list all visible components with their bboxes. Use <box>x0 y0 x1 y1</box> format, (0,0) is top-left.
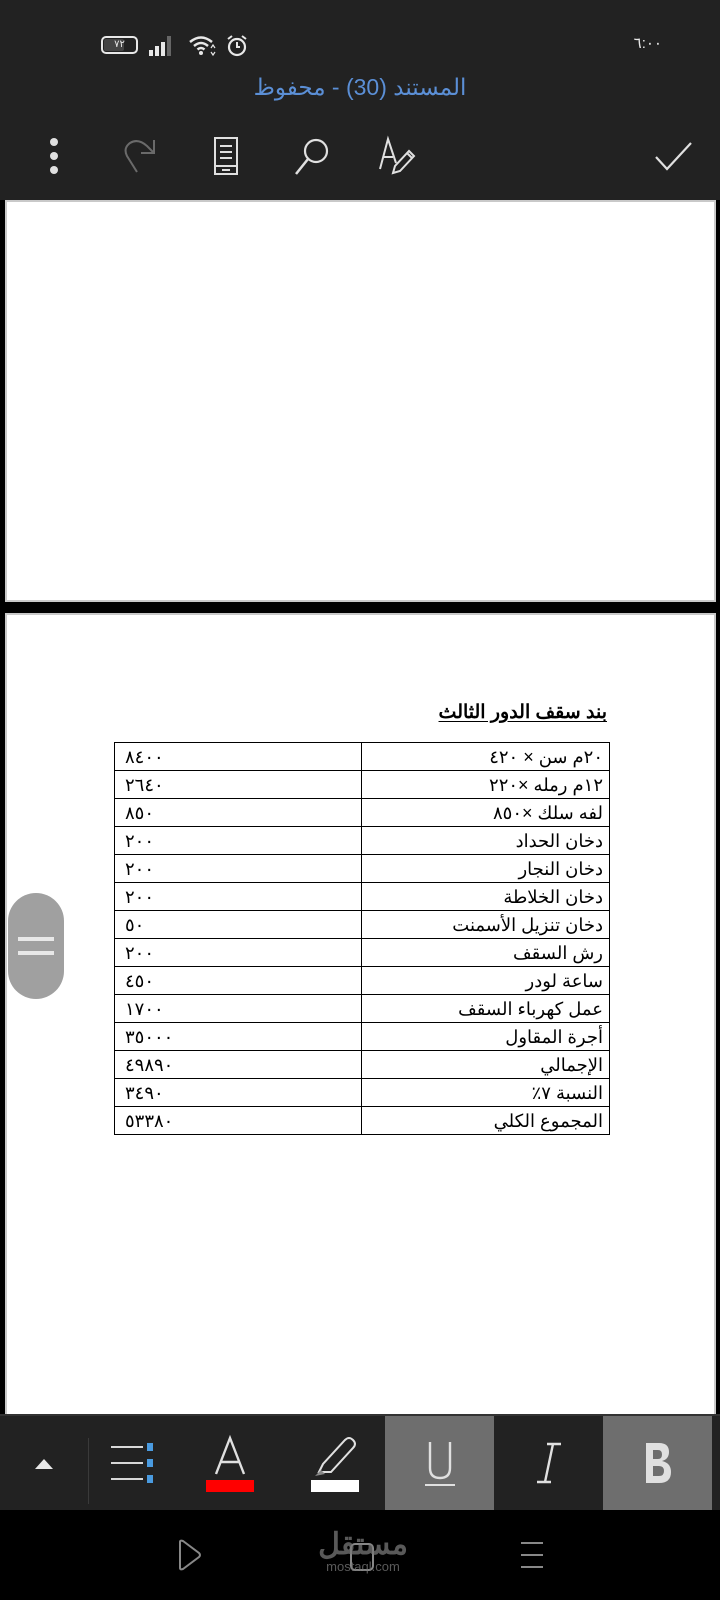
document-page-1[interactable] <box>5 200 716 602</box>
battery-icon: ٧٢ <box>101 36 138 54</box>
mobile-view-button[interactable] <box>198 126 254 186</box>
table-row: دخان النجار٢٠٠ <box>115 855 610 883</box>
item-cell[interactable]: دخان الخلاطة <box>362 883 610 911</box>
font-color-button[interactable] <box>175 1416 285 1510</box>
table-row: دخان الخلاطة٢٠٠ <box>115 883 610 911</box>
amount-cell[interactable]: ٥٠ <box>115 911 362 939</box>
table-row: أجرة المقاول٣٥٠٠٠ <box>115 1023 610 1051</box>
document-canvas[interactable]: بند سقف الدور الثالث ٢٠م سن × ٤٢٠٨٤٠٠١٢م… <box>0 200 720 1414</box>
table-row: لفه سلك ×٨٥٠٨٥٠ <box>115 799 610 827</box>
text-edit-icon <box>378 135 418 177</box>
italic-icon <box>534 1440 564 1486</box>
amount-cell[interactable]: ٤٥٠ <box>115 967 362 995</box>
table-row: دخان تنزيل الأسمنت٥٠ <box>115 911 610 939</box>
amount-cell[interactable]: ٨٤٠٠ <box>115 743 362 771</box>
more-options-button[interactable] <box>26 126 82 186</box>
document-title: المستند (30) - محفوظ <box>0 74 720 101</box>
table-row: رش السقف٢٠٠ <box>115 939 610 967</box>
amount-cell[interactable]: ٤٩٨٩٠ <box>115 1051 362 1079</box>
amount-cell[interactable]: ٢٦٤٠ <box>115 771 362 799</box>
alarm-icon <box>226 34 248 58</box>
table-row: المجموع الكلي٥٣٣٨٠ <box>115 1107 610 1135</box>
expand-ribbon-button[interactable] <box>0 1416 88 1510</box>
cost-table: ٢٠م سن × ٤٢٠٨٤٠٠١٢م رمله ×٢٢٠٢٦٤٠لفه سلك… <box>114 742 610 1135</box>
table-row: ساعة لودر٤٥٠ <box>115 967 610 995</box>
italic-button[interactable] <box>494 1416 603 1510</box>
amount-cell[interactable]: ٥٣٣٨٠ <box>115 1107 362 1135</box>
table-row: ١٢م رمله ×٢٢٠٢٦٤٠ <box>115 771 610 799</box>
amount-cell[interactable]: ٨٥٠ <box>115 799 362 827</box>
more-vertical-icon <box>48 136 60 176</box>
item-cell[interactable]: أجرة المقاول <box>362 1023 610 1051</box>
proofing-button[interactable] <box>370 126 426 186</box>
list-format-icon <box>109 1438 155 1488</box>
status-bar: ٧٢ ٦:٠٠ <box>0 30 720 58</box>
app-top-bar: ٧٢ ٦:٠٠ المستند (30) - محفوظ <box>0 0 720 200</box>
clock: ٦:٠٠ <box>634 34 662 52</box>
amount-cell[interactable]: ٢٠٠ <box>115 939 362 967</box>
item-cell[interactable]: المجموع الكلي <box>362 1107 610 1135</box>
item-cell[interactable]: عمل كهرباء السقف <box>362 995 610 1023</box>
mobile-view-icon <box>212 136 240 176</box>
search-icon <box>292 136 332 176</box>
bold-button[interactable] <box>603 1416 712 1510</box>
scroll-handle[interactable] <box>8 893 64 999</box>
highlighter-icon <box>309 1430 361 1496</box>
format-toolbar <box>0 1414 720 1510</box>
amount-cell[interactable]: ٢٠٠ <box>115 855 362 883</box>
table-row: النسبة ٧٪٣٤٩٠ <box>115 1079 610 1107</box>
back-button[interactable] <box>170 1530 210 1580</box>
section-heading: بند سقف الدور الثالث <box>439 701 607 724</box>
underline-button[interactable] <box>385 1416 494 1510</box>
highlight-button[interactable] <box>285 1416 385 1510</box>
watermark-arabic: مستقل <box>318 1530 408 1560</box>
watermark: مستقل mostaql.com <box>318 1530 408 1574</box>
item-cell[interactable]: الإجمالي <box>362 1051 610 1079</box>
amount-cell[interactable]: ٣٤٩٠ <box>115 1079 362 1107</box>
amount-cell[interactable]: ٣٥٠٠٠ <box>115 1023 362 1051</box>
amount-cell[interactable]: ٢٠٠ <box>115 827 362 855</box>
table-row: الإجمالي٤٩٨٩٠ <box>115 1051 610 1079</box>
amount-cell[interactable]: ٢٠٠ <box>115 883 362 911</box>
item-cell[interactable]: دخان الحداد <box>362 827 610 855</box>
table-row: عمل كهرباء السقف١٧٠٠ <box>115 995 610 1023</box>
item-cell[interactable]: ساعة لودر <box>362 967 610 995</box>
checkmark-icon <box>654 139 694 173</box>
battery-level: ٧٢ <box>114 39 125 50</box>
top-toolbar <box>0 126 720 186</box>
item-cell[interactable]: رش السقف <box>362 939 610 967</box>
bold-icon <box>642 1441 674 1485</box>
paragraph-format-button[interactable] <box>89 1416 175 1510</box>
item-cell[interactable]: لفه سلك ×٨٥٠ <box>362 799 610 827</box>
system-nav-bar: مستقل mostaql.com <box>0 1510 720 1600</box>
find-button[interactable] <box>284 126 340 186</box>
underline-icon <box>422 1438 458 1488</box>
item-cell[interactable]: ١٢م رمله ×٢٢٠ <box>362 771 610 799</box>
recents-icon <box>519 1540 545 1570</box>
redo-button[interactable] <box>112 126 168 186</box>
font-color-icon <box>204 1430 256 1496</box>
wifi-icon <box>188 34 216 58</box>
item-cell[interactable]: دخان تنزيل الأسمنت <box>362 911 610 939</box>
table-row: دخان الحداد٢٠٠ <box>115 827 610 855</box>
signal-icon <box>149 36 177 56</box>
item-cell[interactable]: النسبة ٧٪ <box>362 1079 610 1107</box>
redo-icon <box>120 136 160 176</box>
item-cell[interactable]: دخان النجار <box>362 855 610 883</box>
amount-cell[interactable]: ١٧٠٠ <box>115 995 362 1023</box>
table-row: ٢٠م سن × ٤٢٠٨٤٠٠ <box>115 743 610 771</box>
item-cell[interactable]: ٢٠م سن × ٤٢٠ <box>362 743 610 771</box>
recents-button[interactable] <box>512 1530 552 1580</box>
caret-up-icon <box>35 1457 53 1469</box>
back-icon <box>177 1539 203 1571</box>
watermark-latin: mostaql.com <box>318 1560 408 1574</box>
done-button[interactable] <box>646 126 702 186</box>
document-page-2[interactable]: بند سقف الدور الثالث ٢٠م سن × ٤٢٠٨٤٠٠١٢م… <box>5 613 716 1414</box>
